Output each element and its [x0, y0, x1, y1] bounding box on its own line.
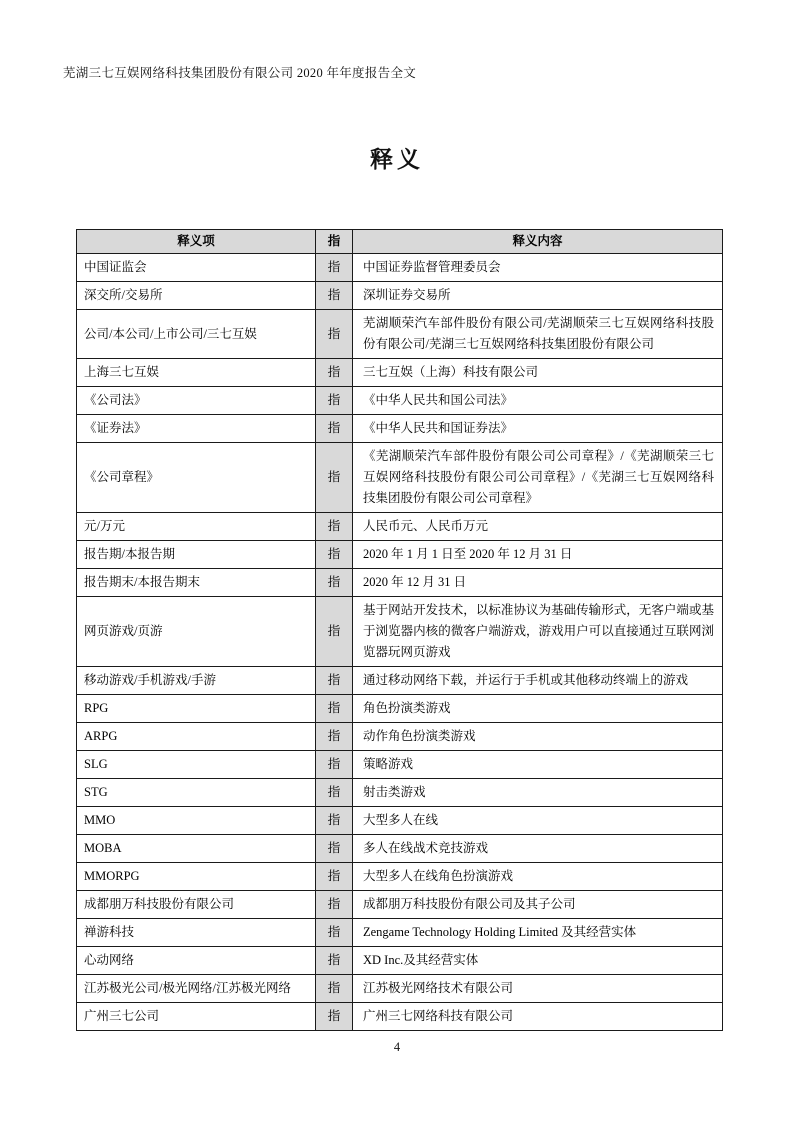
zhi-cell: 指: [316, 975, 353, 1003]
term-cell: MMORPG: [77, 863, 316, 891]
definition-cell: 动作角色扮演类游戏: [353, 723, 723, 751]
term-cell: 元/万元: [77, 513, 316, 541]
table-row: 报告期/本报告期指2020 年 1 月 1 日至 2020 年 12 月 31 …: [77, 541, 723, 569]
zhi-cell: 指: [316, 359, 353, 387]
definition-cell: 通过移动网络下载，并运行于手机或其他移动终端上的游戏: [353, 667, 723, 695]
definition-cell: 《芜湖顺荣汽车部件股份有限公司公司章程》/《芜湖顺荣三七互娱网络科技股份有限公司…: [353, 443, 723, 513]
table-row: 深交所/交易所指深圳证券交易所: [77, 282, 723, 310]
definitions-table-body: 中国证监会指中国证券监督管理委员会深交所/交易所指深圳证券交易所公司/本公司/上…: [77, 254, 723, 1031]
definition-cell: 广州三七网络科技有限公司: [353, 1003, 723, 1031]
zhi-cell: 指: [316, 282, 353, 310]
zhi-cell: 指: [316, 1003, 353, 1031]
zhi-cell: 指: [316, 387, 353, 415]
definition-cell: 射击类游戏: [353, 779, 723, 807]
zhi-cell: 指: [316, 597, 353, 667]
term-cell: SLG: [77, 751, 316, 779]
term-cell: 公司/本公司/上市公司/三七互娱: [77, 310, 316, 359]
zhi-cell: 指: [316, 947, 353, 975]
zhi-cell: 指: [316, 751, 353, 779]
definition-cell: Zengame Technology Holding Limited 及其经营实…: [353, 919, 723, 947]
term-cell: RPG: [77, 695, 316, 723]
table-row: 公司/本公司/上市公司/三七互娱指芜湖顺荣汽车部件股份有限公司/芜湖顺荣三七互娱…: [77, 310, 723, 359]
term-cell: 深交所/交易所: [77, 282, 316, 310]
table-row: 移动游戏/手机游戏/手游指通过移动网络下载，并运行于手机或其他移动终端上的游戏: [77, 667, 723, 695]
zhi-cell: 指: [316, 443, 353, 513]
table-row: SLG指策略游戏: [77, 751, 723, 779]
term-cell: 《公司法》: [77, 387, 316, 415]
definitions-table: 释义项 指 释义内容 中国证监会指中国证券监督管理委员会深交所/交易所指深圳证券…: [76, 229, 723, 1031]
definition-cell: 多人在线战术竞技游戏: [353, 835, 723, 863]
table-row: 中国证监会指中国证券监督管理委员会: [77, 254, 723, 282]
zhi-cell: 指: [316, 835, 353, 863]
definition-cell: 《中华人民共和国公司法》: [353, 387, 723, 415]
definition-cell: 角色扮演类游戏: [353, 695, 723, 723]
definition-cell: 策略游戏: [353, 751, 723, 779]
definition-cell: 芜湖顺荣汽车部件股份有限公司/芜湖顺荣三七互娱网络科技股份有限公司/芜湖三七互娱…: [353, 310, 723, 359]
definition-cell: 成都朋万科技股份有限公司及其子公司: [353, 891, 723, 919]
table-row: MMO指大型多人在线: [77, 807, 723, 835]
definition-cell: 2020 年 12 月 31 日: [353, 569, 723, 597]
term-cell: 成都朋万科技股份有限公司: [77, 891, 316, 919]
table-row: 网页游戏/页游指基于网站开发技术，以标准协议为基础传输形式，无客户端或基于浏览器…: [77, 597, 723, 667]
zhi-cell: 指: [316, 807, 353, 835]
zhi-cell: 指: [316, 891, 353, 919]
zhi-cell: 指: [316, 919, 353, 947]
table-row: MMORPG指大型多人在线角色扮演游戏: [77, 863, 723, 891]
table-row: 江苏极光公司/极光网络/江苏极光网络指江苏极光网络技术有限公司: [77, 975, 723, 1003]
definition-cell: 基于网站开发技术，以标准协议为基础传输形式，无客户端或基于浏览器内核的微客户端游…: [353, 597, 723, 667]
term-cell: MOBA: [77, 835, 316, 863]
definition-cell: 中国证券监督管理委员会: [353, 254, 723, 282]
zhi-cell: 指: [316, 254, 353, 282]
column-header-term: 释义项: [77, 230, 316, 254]
term-cell: 中国证监会: [77, 254, 316, 282]
page-number: 4: [0, 1040, 794, 1055]
term-cell: 报告期/本报告期: [77, 541, 316, 569]
definition-cell: 大型多人在线: [353, 807, 723, 835]
table-row: ARPG指动作角色扮演类游戏: [77, 723, 723, 751]
zhi-cell: 指: [316, 513, 353, 541]
definition-cell: 人民币元、人民币万元: [353, 513, 723, 541]
table-row: 《公司法》指《中华人民共和国公司法》: [77, 387, 723, 415]
term-cell: 江苏极光公司/极光网络/江苏极光网络: [77, 975, 316, 1003]
zhi-cell: 指: [316, 415, 353, 443]
column-header-definition: 释义内容: [353, 230, 723, 254]
term-cell: ARPG: [77, 723, 316, 751]
definition-cell: 江苏极光网络技术有限公司: [353, 975, 723, 1003]
definition-cell: 《中华人民共和国证券法》: [353, 415, 723, 443]
table-row: 元/万元指人民币元、人民币万元: [77, 513, 723, 541]
table-row: 成都朋万科技股份有限公司指成都朋万科技股份有限公司及其子公司: [77, 891, 723, 919]
column-header-zhi: 指: [316, 230, 353, 254]
table-row: 《证券法》指《中华人民共和国证券法》: [77, 415, 723, 443]
term-cell: 《证券法》: [77, 415, 316, 443]
definition-cell: 2020 年 1 月 1 日至 2020 年 12 月 31 日: [353, 541, 723, 569]
definition-cell: 三七互娱（上海）科技有限公司: [353, 359, 723, 387]
table-row: 禅游科技指Zengame Technology Holding Limited …: [77, 919, 723, 947]
zhi-cell: 指: [316, 863, 353, 891]
zhi-cell: 指: [316, 723, 353, 751]
zhi-cell: 指: [316, 310, 353, 359]
table-row: 上海三七互娱指三七互娱（上海）科技有限公司: [77, 359, 723, 387]
definition-cell: 大型多人在线角色扮演游戏: [353, 863, 723, 891]
table-row: 心动网络指XD Inc.及其经营实体: [77, 947, 723, 975]
term-cell: 禅游科技: [77, 919, 316, 947]
term-cell: 广州三七公司: [77, 1003, 316, 1031]
term-cell: 移动游戏/手机游戏/手游: [77, 667, 316, 695]
term-cell: 报告期末/本报告期末: [77, 569, 316, 597]
definition-cell: XD Inc.及其经营实体: [353, 947, 723, 975]
term-cell: 网页游戏/页游: [77, 597, 316, 667]
table-row: MOBA指多人在线战术竞技游戏: [77, 835, 723, 863]
table-header-row: 释义项 指 释义内容: [77, 230, 723, 254]
table-row: 报告期末/本报告期末指2020 年 12 月 31 日: [77, 569, 723, 597]
term-cell: MMO: [77, 807, 316, 835]
zhi-cell: 指: [316, 779, 353, 807]
term-cell: 上海三七互娱: [77, 359, 316, 387]
term-cell: STG: [77, 779, 316, 807]
zhi-cell: 指: [316, 541, 353, 569]
table-row: RPG指角色扮演类游戏: [77, 695, 723, 723]
term-cell: 《公司章程》: [77, 443, 316, 513]
zhi-cell: 指: [316, 569, 353, 597]
term-cell: 心动网络: [77, 947, 316, 975]
table-row: 广州三七公司指广州三七网络科技有限公司: [77, 1003, 723, 1031]
page-title: 释义: [0, 141, 794, 174]
report-page: 芜湖三七互娱网络科技集团股份有限公司 2020 年年度报告全文 释义 释义项 指…: [0, 0, 794, 1123]
zhi-cell: 指: [316, 695, 353, 723]
zhi-cell: 指: [316, 667, 353, 695]
table-row: 《公司章程》指《芜湖顺荣汽车部件股份有限公司公司章程》/《芜湖顺荣三七互娱网络科…: [77, 443, 723, 513]
report-header: 芜湖三七互娱网络科技集团股份有限公司 2020 年年度报告全文: [63, 63, 416, 81]
definition-cell: 深圳证券交易所: [353, 282, 723, 310]
table-row: STG指射击类游戏: [77, 779, 723, 807]
